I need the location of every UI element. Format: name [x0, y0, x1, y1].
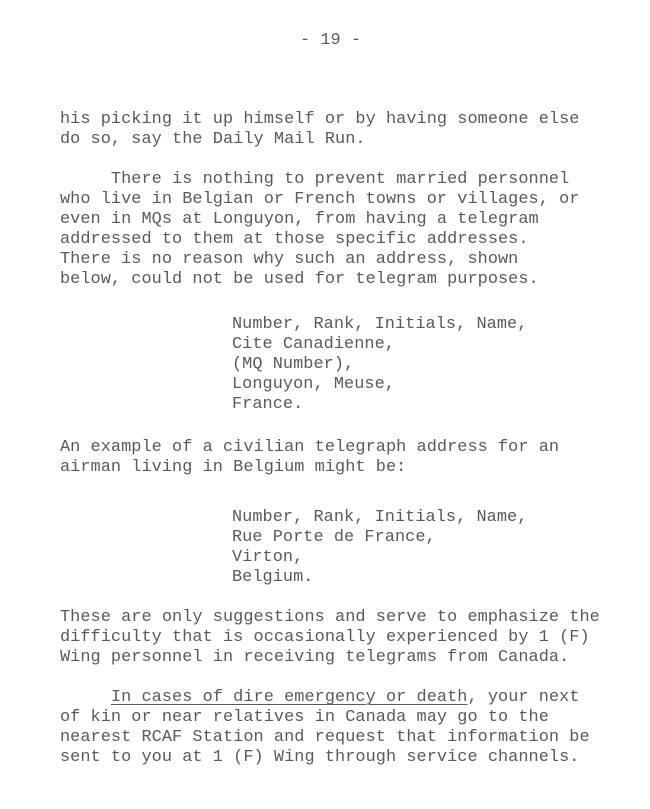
paragraph-2-line-6: below, could not be used for telegram pu…: [60, 270, 539, 290]
address-1-line-4: Longuyon, Meuse,: [232, 375, 395, 395]
address-1-line-5: France.: [232, 395, 303, 415]
address-1-line-2: Cite Canadienne,: [232, 335, 395, 355]
paragraph-2-line-3: even in MQs at Longuyon, from having a t…: [60, 210, 539, 230]
page-number: - 19 -: [300, 31, 361, 51]
paragraph-1-line-1: his picking it up himself or by having s…: [60, 110, 580, 130]
paragraph-3-line-2: airman living in Belgium might be:: [60, 458, 406, 478]
document-page: - 19 - his picking it up himself or by h…: [0, 0, 650, 809]
indent: [60, 688, 111, 707]
paragraph-1-line-2: do so, say the Daily Mail Run.: [60, 130, 366, 150]
paragraph-4-line-3: Wing personnel in receiving telegrams fr…: [60, 648, 569, 668]
paragraph-2-line-5: There is no reason why such an address, …: [60, 250, 518, 270]
paragraph-4-line-2: difficulty that is occasionally experien…: [60, 628, 590, 648]
underlined-emphasis: In cases of dire emergency or death: [111, 688, 468, 707]
paragraph-3-line-1: An example of a civilian telegraph addre…: [60, 438, 559, 458]
address-1-line-3: (MQ Number),: [232, 355, 354, 375]
paragraph-4-line-1: These are only suggestions and serve to …: [60, 608, 600, 628]
address-2-line-3: Virton,: [232, 548, 303, 568]
address-2-line-2: Rue Porte de France,: [232, 528, 436, 548]
lead-rest: , your next: [467, 688, 579, 707]
paragraph-5-line-2: of kin or near relatives in Canada may g…: [60, 708, 549, 728]
paragraph-2-line-2: who live in Belgian or French towns or v…: [60, 190, 580, 210]
paragraph-5-line-4: sent to you at 1 (F) Wing through servic…: [60, 748, 580, 768]
address-2-line-1: Number, Rank, Initials, Name,: [232, 508, 527, 528]
address-2-line-4: Belgium.: [232, 568, 314, 588]
paragraph-2-line-1: There is nothing to prevent married pers…: [60, 170, 569, 190]
paragraph-2-line-4: addressed to them at those specific addr…: [60, 230, 529, 250]
paragraph-5-line-1: In cases of dire emergency or death, you…: [60, 688, 580, 708]
address-1-line-1: Number, Rank, Initials, Name,: [232, 315, 527, 335]
paragraph-5-line-3: nearest RCAF Station and request that in…: [60, 728, 590, 748]
